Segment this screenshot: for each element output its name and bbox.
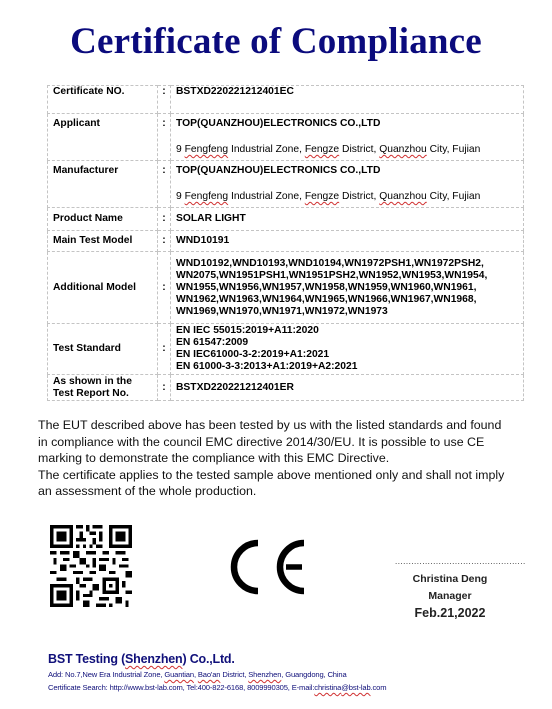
value-additional-model: WND10192,WND10193,WND10194,WN1972PSH1,WN… — [171, 252, 524, 324]
address-text: Shenzhen — [248, 670, 281, 679]
standard-line: EN 61000-3-3:2013+A1:2019+A2:2021 — [176, 361, 523, 373]
email-text: .com — [371, 683, 387, 692]
manufacturer-address: 9 Fengfeng Industrial Zone, Fengze Distr… — [176, 191, 523, 203]
address-text: City, Fujian — [427, 144, 481, 155]
model-line: WN1969,WN1970,WN1971,WN1972,WN1973 — [176, 306, 523, 318]
company-text: ) Co.,Ltd. — [182, 652, 234, 666]
address-text: District, — [220, 670, 248, 679]
issuer-footer: BST Testing (Shenzhen) Co.,Ltd. Add: No.… — [48, 652, 386, 692]
issuer-contact: Certificate Search: http://www.bst-lab.c… — [48, 683, 386, 692]
address-text: Quanzhou — [379, 144, 427, 155]
email-text: @bst-lab — [341, 683, 370, 692]
label-additional-model: Additional Model — [48, 252, 158, 324]
value-applicant: TOP(QUANZHOU)ELECTRONICS CO.,LTD 9 Fengf… — [171, 114, 524, 161]
address-text: Fengze — [305, 191, 339, 202]
address-text: 9 — [176, 144, 185, 155]
applicant-address: 9 Fengfeng Industrial Zone, Fengze Distr… — [176, 144, 523, 156]
value-main-test-model: WND10191 — [171, 231, 524, 252]
statement-line: The certificate applies to the tested sa… — [38, 467, 528, 484]
standard-line: EN 61547:2009 — [176, 337, 523, 349]
address-text: Add: No.7,New Era Industrial Zone, — [48, 670, 164, 679]
colon: : — [158, 208, 171, 231]
signer-name: Christina Deng — [395, 573, 505, 585]
issuer-company: BST Testing (Shenzhen) Co.,Ltd. — [48, 652, 386, 666]
address-text: Quanzhou — [379, 191, 427, 202]
manufacturer-name: TOP(QUANZHOU)ELECTRONICS CO.,LTD — [176, 165, 523, 177]
label-line: Test Report No. — [53, 388, 157, 400]
signature-line: ........................................… — [395, 558, 505, 566]
email-text: christina — [314, 683, 341, 692]
certificate-details-table: Certificate NO. : BSTXD220221212401EC Ap… — [47, 85, 524, 401]
company-text: BST Testing ( — [48, 652, 125, 666]
address-text: Industrial Zone, — [228, 144, 305, 155]
colon: : — [158, 324, 171, 375]
value-test-standard: EN IEC 55015:2019+A11:2020 EN 61547:2009… — [171, 324, 524, 375]
model-line: WN2075,WN1951PSH1,WN1951PSH2,WN1952,WN19… — [176, 270, 523, 282]
signer-role: Manager — [395, 590, 505, 602]
standard-line: EN IEC61000-3-2:2019+A1:2021 — [176, 349, 523, 361]
colon: : — [158, 161, 171, 208]
row-test-report: As shown in the Test Report No. : BSTXD2… — [48, 375, 524, 401]
colon: : — [158, 252, 171, 324]
value-manufacturer: TOP(QUANZHOU)ELECTRONICS CO.,LTD 9 Fengf… — [171, 161, 524, 208]
row-additional-model: Additional Model : WND10192,WND10193,WND… — [48, 252, 524, 324]
issuer-address: Add: No.7,New Era Industrial Zone, Guant… — [48, 670, 386, 679]
label-product-name: Product Name — [48, 208, 158, 231]
address-text: City, Fujian — [427, 191, 481, 202]
issue-date: Feb.21,2022 — [395, 606, 505, 620]
row-manufacturer: Manufacturer : TOP(QUANZHOU)ELECTRONICS … — [48, 161, 524, 208]
standard-line: EN IEC 55015:2019+A11:2020 — [176, 325, 523, 337]
statement-line: The EUT described above has been tested … — [38, 417, 528, 434]
row-applicant: Applicant : TOP(QUANZHOU)ELECTRONICS CO.… — [48, 114, 524, 161]
colon: : — [158, 114, 171, 161]
row-test-standard: Test Standard : EN IEC 55015:2019+A11:20… — [48, 324, 524, 375]
row-main-test-model: Main Test Model : WND10191 — [48, 231, 524, 252]
contact-text: Certificate Search: http://www.bst-lab.c… — [48, 683, 314, 692]
model-line: WN1955,WN1956,WN1957,WN1958,WN1959,WN196… — [176, 282, 523, 294]
address-text: 9 — [176, 191, 185, 202]
qr-code-icon — [50, 525, 132, 607]
label-applicant: Applicant — [48, 114, 158, 161]
row-product-name: Product Name : SOLAR LIGHT — [48, 208, 524, 231]
statement-line: in compliance with the council EMC direc… — [38, 434, 528, 451]
compliance-statement: The EUT described above has been tested … — [38, 417, 528, 500]
certificate-title: Certificate of Compliance — [0, 20, 552, 63]
model-line: WN1962,WN1963,WN1964,WN1965,WN1966,WN196… — [176, 294, 523, 306]
label-manufacturer: Manufacturer — [48, 161, 158, 208]
address-text: Bao'an — [198, 670, 221, 679]
address-text: Industrial Zone, — [228, 191, 305, 202]
colon: : — [158, 86, 171, 114]
address-text: , Guangdong, China — [281, 670, 346, 679]
signature-block: ........................................… — [395, 558, 505, 620]
company-text: Shenzhen — [125, 652, 182, 666]
address-text: Fengze — [305, 144, 339, 155]
address-text: District, — [339, 191, 379, 202]
applicant-name: TOP(QUANZHOU)ELECTRONICS CO.,LTD — [176, 118, 523, 130]
label-certificate-no: Certificate NO. — [48, 86, 158, 114]
label-test-standard: Test Standard — [48, 324, 158, 375]
address-text: Fengfeng — [185, 191, 229, 202]
value-product-name: SOLAR LIGHT — [171, 208, 524, 231]
colon: : — [158, 375, 171, 401]
label-test-report: As shown in the Test Report No. — [48, 375, 158, 401]
ce-mark-icon — [222, 538, 308, 596]
colon: : — [158, 231, 171, 252]
row-certificate-no: Certificate NO. : BSTXD220221212401EC — [48, 86, 524, 114]
value-certificate-no: BSTXD220221212401EC — [171, 86, 524, 114]
model-line: WND10192,WND10193,WND10194,WN1972PSH1,WN… — [176, 258, 523, 270]
address-text: District, — [339, 144, 379, 155]
value-test-report: BSTXD220221212401ER — [171, 375, 524, 401]
statement-line: an assessment of the whole production. — [38, 483, 528, 500]
address-text: Fengfeng — [185, 144, 229, 155]
label-main-test-model: Main Test Model — [48, 231, 158, 252]
label-line: As shown in the — [53, 376, 157, 388]
address-text: Guantian — [164, 670, 194, 679]
statement-line: marking to demonstrate the compliance wi… — [38, 450, 528, 467]
